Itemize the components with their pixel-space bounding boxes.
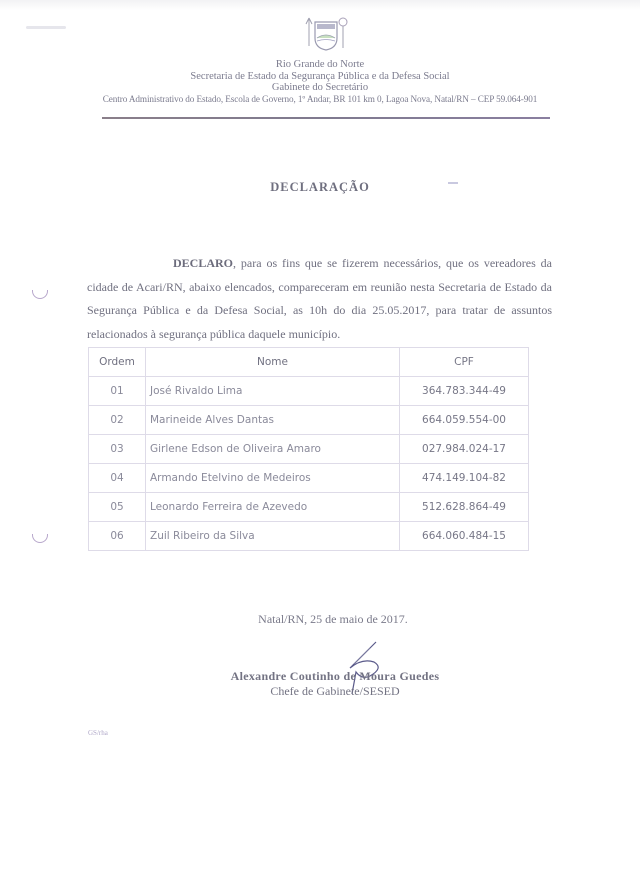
cell-cpf: 027.984.024-17 [400,435,529,464]
cell-ordem: 01 [89,377,146,406]
table-row: 01 José Rivaldo Lima 364.783.344-49 [89,377,529,406]
letterhead: Rio Grande do Norte Secretaria de Estado… [0,59,640,105]
table-row: 02 Marineide Alves Dantas 664.059.554-00 [89,406,529,435]
cell-nome: Leonardo Ferreira de Azevedo [146,493,400,522]
column-header-cpf: CPF [400,348,529,377]
place-and-date: Natal/RN, 25 de maio de 2017. [0,612,640,627]
cell-nome: Armando Etelvino de Medeiros [146,464,400,493]
cell-nome: Zuil Ribeiro da Silva [146,522,400,551]
signer-role: Chefe de Gabinete/SESED [0,684,640,699]
typist-initials: GS/rha [88,729,108,737]
column-header-nome: Nome [146,348,400,377]
declaration-paragraph: DECLARO, para os fins que se fizerem nec… [87,252,552,346]
header-divider [102,117,550,119]
scan-speck [26,26,66,29]
cell-ordem: 03 [89,435,146,464]
cell-nome: José Rivaldo Lima [146,377,400,406]
scan-mark [448,182,458,184]
councilors-table: Ordem Nome CPF 01 José Rivaldo Lima 364.… [88,347,529,551]
cell-nome: Girlene Edson de Oliveira Amaro [146,435,400,464]
table-row: 06 Zuil Ribeiro da Silva 664.060.484-15 [89,522,529,551]
letterhead-state: Rio Grande do Norte [0,59,640,71]
letterhead-address: Centro Administrativo do Estado, Escola … [0,94,640,106]
table-header-row: Ordem Nome CPF [89,348,529,377]
declaration-text: , para os fins que se fizerem necessário… [87,256,552,341]
coat-of-arms-icon [303,14,349,54]
signer-name: Alexandre Coutinho de Moura Guedes [0,669,640,684]
cell-ordem: 02 [89,406,146,435]
cell-ordem: 05 [89,493,146,522]
cell-cpf: 664.059.554-00 [400,406,529,435]
cell-nome: Marineide Alves Dantas [146,406,400,435]
signature-block: Alexandre Coutinho de Moura Guedes Chefe… [0,669,640,699]
column-header-ordem: Ordem [89,348,146,377]
declaration-lead: DECLARO [173,256,233,270]
scan-edge-shadow [0,0,640,10]
table-row: 03 Girlene Edson de Oliveira Amaro 027.9… [89,435,529,464]
cell-cpf: 364.783.344-49 [400,377,529,406]
punch-hole-mark [32,534,48,543]
document-title: DECLARAÇÃO [0,180,640,195]
cell-cpf: 512.628.864-49 [400,493,529,522]
cell-cpf: 664.060.484-15 [400,522,529,551]
cell-ordem: 06 [89,522,146,551]
table-row: 04 Armando Etelvino de Medeiros 474.149.… [89,464,529,493]
punch-hole-mark [32,290,48,299]
cell-cpf: 474.149.104-82 [400,464,529,493]
letterhead-office: Gabinete do Secretário [0,82,640,94]
letterhead-secretariat: Secretaria de Estado da Segurança Públic… [0,71,640,83]
table-row: 05 Leonardo Ferreira de Azevedo 512.628.… [89,493,529,522]
cell-ordem: 04 [89,464,146,493]
